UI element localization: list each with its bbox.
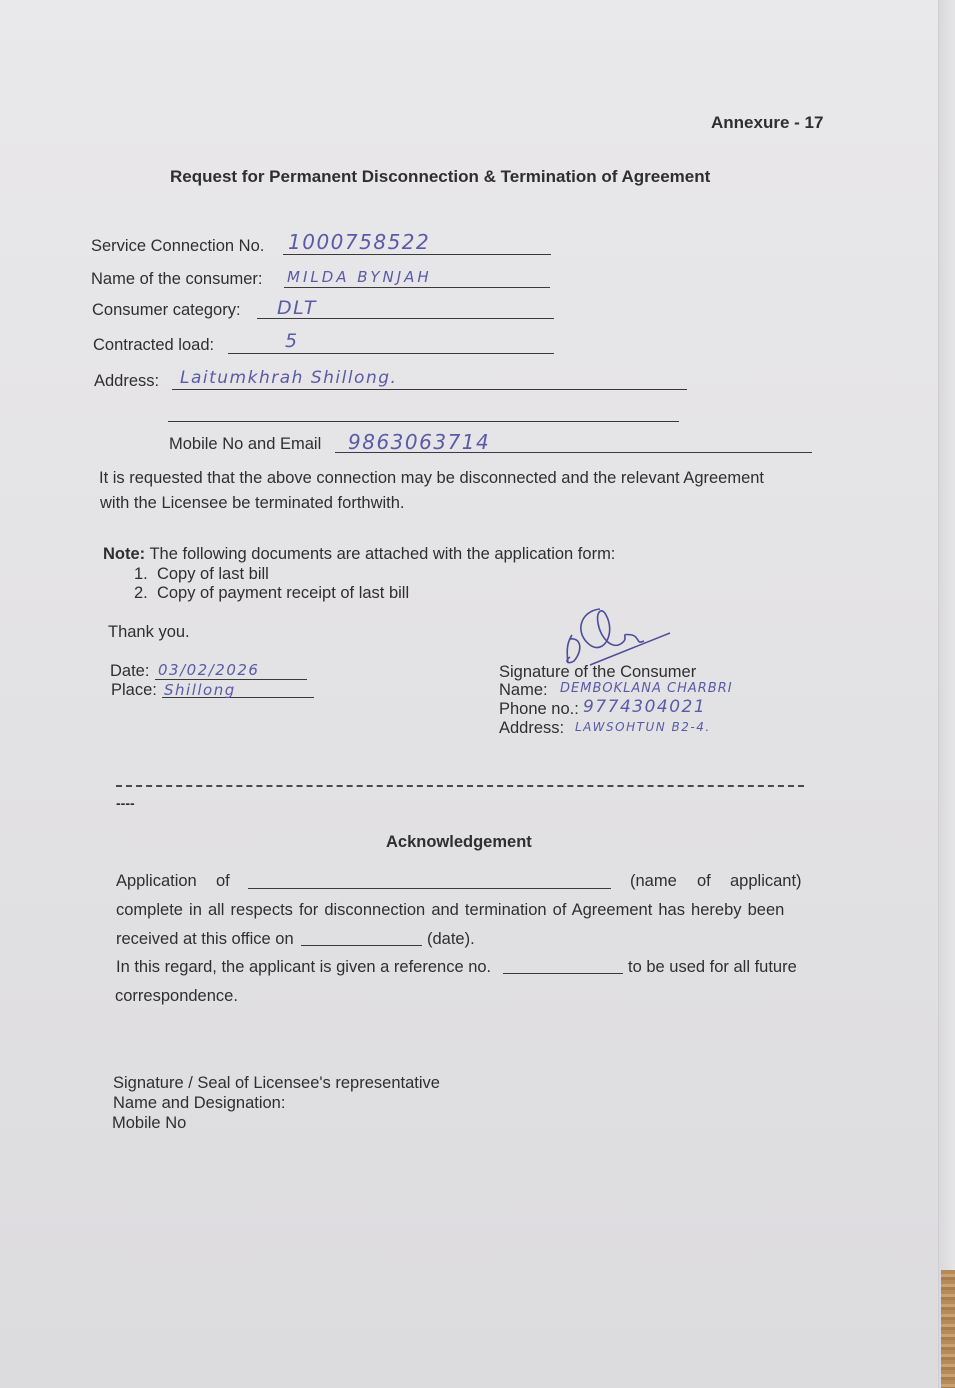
licensee-name-designation-label: Name and Designation: (113, 1094, 285, 1113)
note-item-number: 2. (134, 584, 148, 602)
consumer-address-value[interactable]: LAWSOHTUN B2-4. (575, 720, 711, 734)
ack-of-word: of (216, 872, 230, 891)
consumer-name-field[interactable]: MILDA BYNJAH (287, 268, 432, 286)
note: Note: The following documents are attach… (103, 545, 615, 564)
address-line-1 (172, 389, 687, 390)
separator-line (116, 785, 804, 787)
ack-correspondence-text: correspondence. (115, 987, 238, 1006)
ack-row-2: complete in all respects for disconnecti… (116, 901, 784, 920)
note-item-number: 1. (134, 565, 148, 583)
annexure-label: Annexure - 17 (711, 113, 823, 133)
address-label: Address: (94, 372, 159, 391)
table-surface (941, 1270, 955, 1388)
note-item-text: Copy of last bill (157, 565, 269, 583)
date-label: Date: (110, 662, 149, 681)
page-title: Request for Permanent Disconnection & Te… (170, 167, 710, 187)
separator-tail: ---- (116, 795, 135, 811)
acknowledgement-title: Acknowledgement (386, 833, 532, 852)
consumer-name-label-2: Name: (499, 681, 548, 700)
consumer-signature-label: Signature of the Consumer (499, 663, 696, 682)
address-field[interactable]: Laitumkhrah Shillong. (180, 368, 397, 388)
consumer-category-field[interactable]: DLT (277, 297, 317, 319)
consumer-phone-value[interactable]: 9774304021 (583, 697, 706, 717)
ack-applicant-name-line[interactable] (248, 888, 611, 889)
ack-applicant-word: applicant) (730, 872, 802, 891)
contracted-load-field[interactable]: 5 (285, 330, 299, 352)
consumer-address-label: Address: (499, 719, 564, 738)
page-edge (938, 0, 955, 1388)
ack-date-word: (date). (427, 930, 475, 949)
date-field[interactable]: 03/02/2026 (158, 661, 259, 679)
ack-date-line[interactable] (301, 945, 422, 946)
place-field[interactable]: Shillong (164, 681, 236, 699)
ack-application-word: Application (116, 872, 197, 891)
consumer-name-value-2[interactable]: DEMBOKLANA CHARBRI (560, 681, 733, 696)
ack-reference-line[interactable] (503, 973, 623, 974)
ack-reference-text: In this regard, the applicant is given a… (116, 958, 491, 977)
address-line-2[interactable] (168, 421, 679, 422)
service-connection-label: Service Connection No. (91, 237, 264, 256)
request-text-line-2: with the Licensee be terminated forthwit… (100, 494, 405, 513)
consumer-category-label: Consumer category: (92, 301, 241, 320)
date-line (155, 679, 307, 680)
consumer-name-label: Name of the consumer: (91, 270, 263, 289)
consumer-name-line (284, 287, 550, 288)
ack-name-word: (name (630, 872, 677, 891)
consumer-phone-label: Phone no.: (499, 700, 579, 719)
place-label: Place: (111, 681, 157, 700)
service-connection-line (283, 254, 551, 255)
contracted-load-label: Contracted load: (93, 336, 214, 355)
ack-received-text: received at this office on (116, 930, 294, 949)
ack-of-word-2: of (697, 872, 711, 891)
note-item-1: 1. Copy of last bill (134, 565, 269, 584)
note-label: Note: (103, 545, 145, 563)
service-connection-field[interactable]: 1000758522 (288, 230, 430, 254)
mobile-email-label: Mobile No and Email (169, 435, 321, 454)
licensee-mobile-label: Mobile No (112, 1114, 186, 1133)
licensee-signature-label: Signature / Seal of Licensee's represent… (113, 1074, 440, 1093)
note-item-text: Copy of payment receipt of last bill (157, 584, 409, 602)
mobile-email-field[interactable]: 9863063714 (348, 430, 490, 454)
ack-future-text: to be used for all future (628, 958, 797, 977)
closing-text: Thank you. (108, 623, 190, 642)
note-text: The following documents are attached wit… (149, 545, 615, 563)
contracted-load-line (228, 353, 554, 354)
note-item-2: 2. Copy of payment receipt of last bill (134, 584, 409, 603)
request-text-line-1: It is requested that the above connectio… (99, 469, 764, 488)
